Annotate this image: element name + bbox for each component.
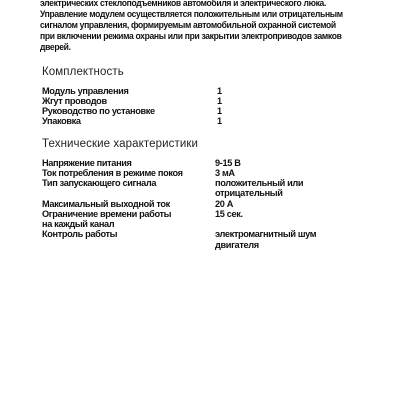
- spec-value: электромагнитный шум: [215, 229, 316, 239]
- package-item-name: Руководство по установке: [42, 106, 155, 116]
- spec-name: на каждый канал: [42, 219, 114, 229]
- package-item-name: Жгут проводов: [42, 96, 107, 106]
- spec-name: Тип запускающего сигнала: [42, 178, 156, 188]
- intro-line: электрических стеклоподъемников автомоби…: [40, 0, 347, 9]
- document-page: электрических стеклоподъемников автомоби…: [0, 0, 400, 400]
- spec-value: положительный или: [215, 178, 303, 188]
- spec-name: Ток потребления в режиме покоя: [42, 168, 183, 178]
- spec-name: Напряжение питания: [42, 158, 132, 168]
- package-item-qty: 1: [217, 96, 222, 106]
- spec-value: 3 мА: [215, 168, 235, 178]
- package-heading: Комплектность: [42, 66, 124, 78]
- package-item-qty: 1: [217, 116, 222, 126]
- intro-line: Управление модулем осуществляется положи…: [40, 9, 347, 20]
- spec-value: 15 сек.: [215, 209, 243, 219]
- package-item-name: Упаковка: [42, 116, 81, 126]
- package-item-qty: 1: [217, 86, 222, 96]
- intro-paragraph: электрических стеклоподъемников автомоби…: [40, 0, 347, 53]
- package-item-name: Модуль управления: [42, 86, 128, 96]
- spec-name: Максимальный выходной ток: [42, 199, 170, 209]
- intro-line: сигналом управления, формируемым автомоб…: [40, 20, 347, 31]
- intro-line: при включении режима охраны или при закр…: [40, 31, 347, 42]
- specs-heading: Технические характеристики: [42, 138, 198, 150]
- spec-value: 9-15 В: [215, 158, 240, 168]
- intro-line: дверей.: [40, 42, 347, 53]
- spec-value: двигателя: [215, 240, 259, 250]
- package-item-qty: 1: [217, 106, 222, 116]
- spec-value: 20 А: [215, 199, 233, 209]
- spec-name: Ограничение времени работы: [42, 209, 171, 219]
- spec-value: отрицательный: [215, 188, 283, 198]
- spec-name: Контроль работы: [42, 229, 117, 239]
